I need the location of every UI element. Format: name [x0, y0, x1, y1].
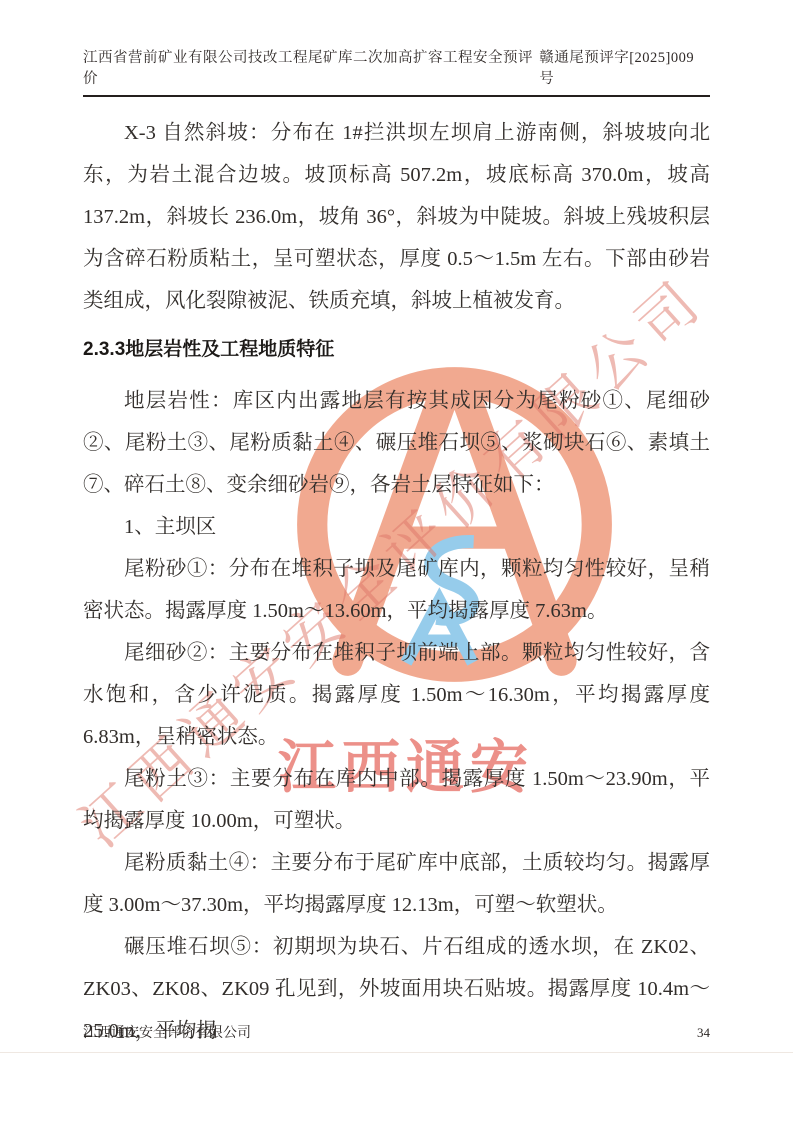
paragraph-tail-fine-sand: 尾细砂②：主要分布在堆积子坝前端上部。颗粒均匀性较好，含水饱和，含少许泥质。揭露…	[83, 632, 710, 758]
page-content: 江西省营前矿业有限公司技改工程尾矿库二次加高扩容工程安全预评价 赣通尾预评字[2…	[0, 0, 793, 1052]
paragraph-tail-silty-clay: 尾粉质黏土④：主要分布于尾矿库中底部，土质较均匀。揭露厚度 3.00m～37.3…	[83, 842, 710, 926]
document-page: 江西通安安全评价有限公司 江西通安 江西省营前矿业有限公司技改工程尾矿库二次加高…	[0, 0, 793, 1122]
header-report-title: 江西省营前矿业有限公司技改工程尾矿库二次加高扩容工程安全预评价	[83, 46, 539, 88]
page-header: 江西省营前矿业有限公司技改工程尾矿库二次加高扩容工程安全预评价 赣通尾预评字[2…	[83, 46, 710, 97]
page-footer: 江西通安安全评价有限公司 34	[83, 1022, 710, 1042]
page-number: 34	[697, 1025, 710, 1041]
list-item-main-dam-area: 1、主坝区	[83, 506, 710, 548]
paragraph-tail-silt: 尾粉土③：主要分布在库内中部。揭露厚度 1.50m～23.90m，平均揭露厚度 …	[83, 758, 710, 842]
paragraph-natural-slope: X-3 自然斜坡：分布在 1#拦洪坝左坝肩上游南侧，斜坡坡向北东，为岩土混合边坡…	[83, 112, 710, 322]
document-body: X-3 自然斜坡：分布在 1#拦洪坝左坝肩上游南侧，斜坡坡向北东，为岩土混合边坡…	[83, 112, 710, 1052]
header-doc-number: 赣通尾预评字[2025]009 号	[539, 46, 710, 88]
footer-company-name: 江西通安安全评价有限公司	[83, 1022, 251, 1042]
paragraph-tail-silty-sand: 尾粉砂①：分布在堆积子坝及尾矿库内，颗粒均匀性较好，呈稍密状态。揭露厚度 1.5…	[83, 548, 710, 632]
section-heading-2-3-3: 2.3.3地层岩性及工程地质特征	[83, 336, 710, 364]
paragraph-lithology: 地层岩性：库区内出露地层有按其成因分为尾粉砂①、尾细砂②、尾粉土③、尾粉质黏土④…	[83, 380, 710, 506]
footer-rule	[0, 1052, 793, 1053]
